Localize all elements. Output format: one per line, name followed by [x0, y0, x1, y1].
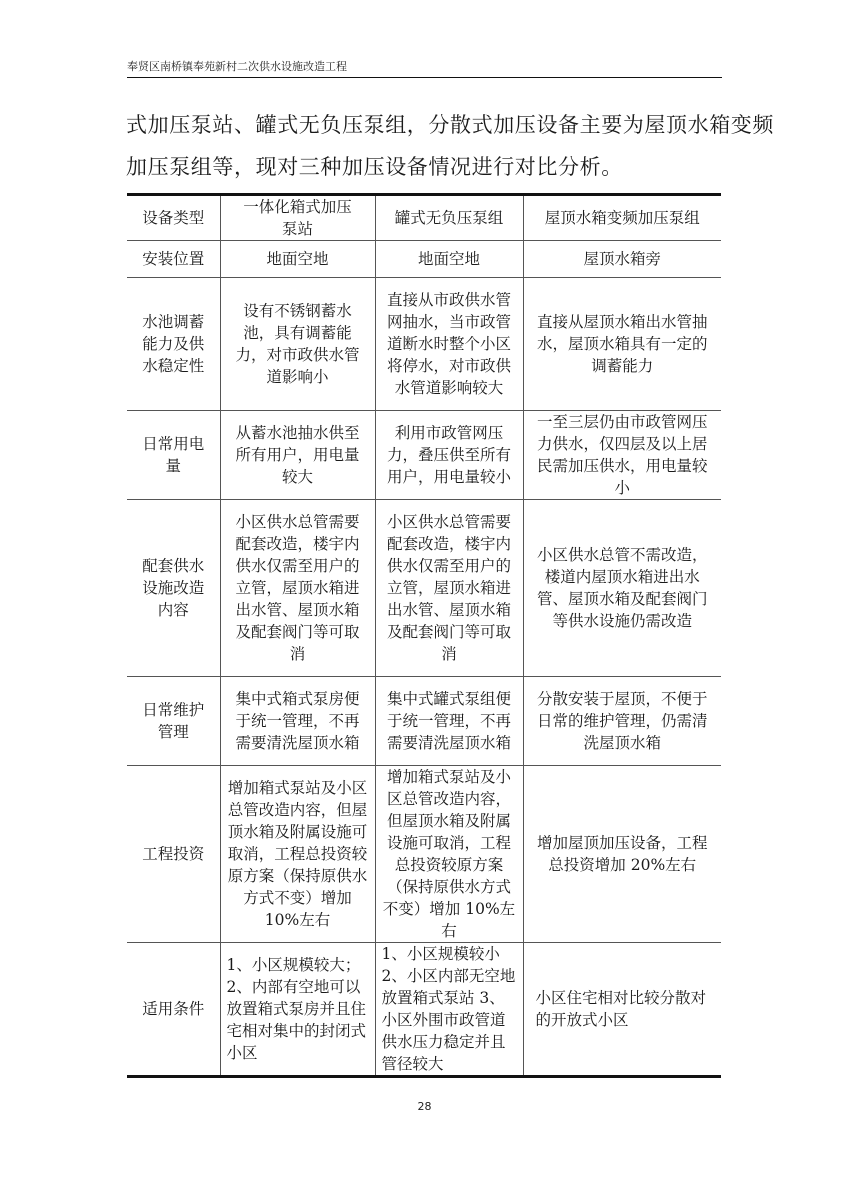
table-cell: 1、小区规模较大；2、内部有空地可以放置箱式泵房并且住宅相对集中的封闭式小区 — [220, 943, 375, 1077]
column-header: 罐式无负压泵组 — [375, 195, 523, 241]
table-cell: 直接从屋顶水箱出水管抽水，屋顶水箱具有一定的调蓄能力 — [523, 278, 721, 411]
table-cell: 从蓄水池抽水供至所有用户，用电量较大 — [220, 411, 375, 500]
row-label: 水池调蓄能力及供水稳定性 — [127, 278, 220, 411]
comparison-table: 设备类型 一体化箱式加压泵站 罐式无负压泵组 屋顶水箱变频加压泵组 安装位置 地… — [127, 193, 721, 1078]
row-label: 日常维护管理 — [127, 677, 220, 766]
table-cell: 屋顶水箱旁 — [523, 241, 721, 278]
column-header: 设备类型 — [127, 195, 220, 241]
table-cell: 小区供水总管需要配套改造，楼宇内供水仅需至用户的立管，屋顶水箱进出水管、屋顶水箱… — [220, 500, 375, 677]
table-cell: 设有不锈钢蓄水池，具有调蓄能力，对市政供水管道影响小 — [220, 278, 375, 411]
running-header: 奉贤区南桥镇奉苑新村二次供水设施改造工程 — [127, 60, 722, 78]
table-row: 工程投资 增加箱式泵站及小区总管改造内容，但屋顶水箱及附属设施可取消，工程总投资… — [127, 766, 721, 943]
table-cell: 地面空地 — [220, 241, 375, 278]
row-label: 日常用电量 — [127, 411, 220, 500]
table-cell: 1、小区规模较小 2、小区内部无空地放置箱式泵站 3、小区外围市政管道供水压力稳… — [375, 943, 523, 1077]
table-row: 配套供水设施改造内容 小区供水总管需要配套改造，楼宇内供水仅需至用户的立管，屋顶… — [127, 500, 721, 677]
table-header-row: 设备类型 一体化箱式加压泵站 罐式无负压泵组 屋顶水箱变频加压泵组 — [127, 195, 721, 241]
column-header: 一体化箱式加压泵站 — [220, 195, 375, 241]
table-cell: 集中式罐式泵组便于统一管理，不再需要清洗屋顶水箱 — [375, 677, 523, 766]
table-row: 水池调蓄能力及供水稳定性 设有不锈钢蓄水池，具有调蓄能力，对市政供水管道影响小 … — [127, 278, 721, 411]
table-cell: 小区住宅相对比较分散对的开放式小区 — [523, 943, 721, 1077]
table-cell: 集中式箱式泵房便于统一管理，不再需要清洗屋顶水箱 — [220, 677, 375, 766]
table-cell: 小区供水总管需要配套改造，楼宇内供水仅需至用户的立管，屋顶水箱进出水管、屋顶水箱… — [375, 500, 523, 677]
table-row: 日常维护管理 集中式箱式泵房便于统一管理，不再需要清洗屋顶水箱 集中式罐式泵组便… — [127, 677, 721, 766]
body-paragraph-line-1: 式加压泵站、罐式无负压泵组，分散式加压设备主要为屋顶水箱变频 — [126, 112, 774, 138]
row-label: 安装位置 — [127, 241, 220, 278]
table-row: 安装位置 地面空地 地面空地 屋顶水箱旁 — [127, 241, 721, 278]
table-cell: 利用市政管网压力，叠压供至所有用户，用电量较小 — [375, 411, 523, 500]
table-row: 适用条件 1、小区规模较大；2、内部有空地可以放置箱式泵房并且住宅相对集中的封闭… — [127, 943, 721, 1077]
column-header: 屋顶水箱变频加压泵组 — [523, 195, 721, 241]
table-cell: 一至三层仍由市政管网压力供水，仅四层及以上居民需加压供水，用电量较小 — [523, 411, 721, 500]
page-number: 28 — [0, 1100, 849, 1113]
table-cell: 地面空地 — [375, 241, 523, 278]
table-cell: 增加箱式泵站及小区总管改造内容，但屋顶水箱及附属设施可取消，工程总投资较原方案（… — [375, 766, 523, 943]
table-cell: 分散安装于屋顶，不便于日常的维护管理，仍需清洗屋顶水箱 — [523, 677, 721, 766]
table-cell: 增加箱式泵站及小区总管改造内容，但屋顶水箱及附属设施可取消，工程总投资较原方案（… — [220, 766, 375, 943]
row-label: 工程投资 — [127, 766, 220, 943]
row-label: 配套供水设施改造内容 — [127, 500, 220, 677]
body-paragraph-line-2: 加压泵组等，现对三种加压设备情况进行对比分析。 — [126, 154, 623, 180]
table-cell: 增加屋顶加压设备，工程总投资增加 20%左右 — [523, 766, 721, 943]
table-row: 日常用电量 从蓄水池抽水供至所有用户，用电量较大 利用市政管网压力，叠压供至所有… — [127, 411, 721, 500]
row-label: 适用条件 — [127, 943, 220, 1077]
table-cell: 直接从市政供水管网抽水，当市政管道断水时整个小区将停水，对市政供水管道影响较大 — [375, 278, 523, 411]
table-cell: 小区供水总管不需改造，楼道内屋顶水箱进出水管、屋顶水箱及配套阀门等供水设施仍需改… — [523, 500, 721, 677]
